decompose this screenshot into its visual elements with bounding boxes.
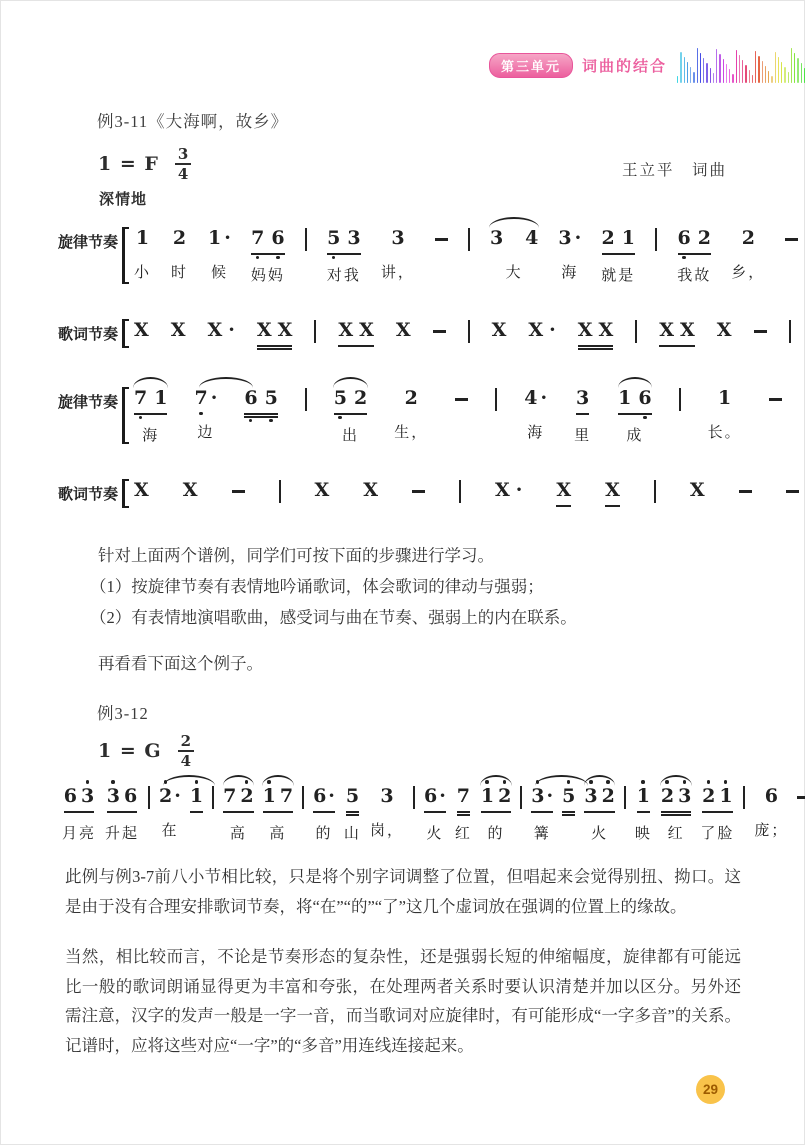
lyric-text: 红 xyxy=(455,822,472,841)
jianpu-note: 2· xyxy=(159,786,181,810)
note-cell xyxy=(412,480,425,504)
augmentation-dot: · xyxy=(328,786,335,807)
note-cell: X xyxy=(315,480,330,504)
note-digit: X xyxy=(278,320,293,341)
note-cell: XX xyxy=(338,320,374,347)
lyric-text: 生， xyxy=(394,421,428,440)
note-cell xyxy=(433,320,446,344)
note-cell: 65 xyxy=(244,388,277,443)
lyric-text: 出 xyxy=(342,424,359,443)
lyric-text: 成 xyxy=(626,424,643,443)
notation-cells: 1小2时1·候76妈妈53对我3讲，34大3·海21就是62我故2乡， xyxy=(134,228,805,283)
note-cell: 1映 xyxy=(635,786,652,841)
lyric-text: 讲， xyxy=(381,261,415,280)
octave-dot-high xyxy=(164,780,168,784)
staff-label: 歌词节奏 xyxy=(58,480,122,507)
octave-dot-low xyxy=(199,412,203,416)
lyric-text: 候 xyxy=(211,261,228,280)
staff-label: 旋律节奏 xyxy=(58,228,122,283)
note-digit: X xyxy=(134,320,149,341)
note-cell: 7·边 xyxy=(194,388,217,440)
jianpu-note: 34 xyxy=(490,228,538,252)
note-cell: XX xyxy=(257,320,293,347)
learning-step-2: （2）有表情地演唱歌曲，感受词与曲在节奏、强弱上的内在联系。 xyxy=(90,602,730,633)
page-number-badge: 29 xyxy=(696,1075,725,1104)
dash-note xyxy=(785,238,798,241)
jianpu-note: XX xyxy=(338,320,374,347)
note-digit: 6 xyxy=(124,786,137,807)
system-bracket xyxy=(122,480,125,507)
lyric-text: 海 xyxy=(561,261,578,280)
note-cell: 4·海 xyxy=(524,388,547,440)
lyric-text: 边 xyxy=(197,421,214,440)
note-cell: 6·火 xyxy=(424,786,446,841)
note-digit: 4 xyxy=(524,388,537,409)
octave-dot-low xyxy=(276,256,280,260)
note-digit: 7 xyxy=(457,786,470,807)
note-digit: X xyxy=(134,480,149,501)
barline xyxy=(148,786,150,809)
octave-dot-high xyxy=(606,780,610,784)
note-cell: X xyxy=(134,480,149,504)
jianpu-note: 21 xyxy=(702,786,732,813)
note-cell: X xyxy=(396,320,411,344)
jianpu-note: 17 xyxy=(263,786,293,813)
jianpu-note xyxy=(786,480,799,504)
note-digit: 6 xyxy=(64,786,77,807)
jianpu-note: 52 xyxy=(334,388,367,415)
octave-dot-high xyxy=(536,780,540,784)
note-cell: X xyxy=(183,480,198,504)
note-digit: 2 xyxy=(698,228,711,249)
lyric-text: 在 xyxy=(161,819,178,838)
note-digit: 2 xyxy=(159,786,172,807)
dash-note xyxy=(754,330,767,333)
note-digit: 6 xyxy=(244,388,257,409)
note-digit: 3 xyxy=(107,786,120,807)
octave-dot-high xyxy=(641,780,645,784)
barline xyxy=(654,480,656,503)
note-digit: 2 xyxy=(240,786,253,807)
note-cell: X xyxy=(134,320,149,344)
lyric-text: 高 xyxy=(230,822,247,841)
note-cell: XX xyxy=(578,320,614,347)
barline xyxy=(679,388,681,411)
notation-system-lyric-rhythm-2: 歌词节奏XXXXX·XXX xyxy=(58,480,805,507)
jianpu-note: X xyxy=(717,320,732,344)
note-cell: 71海 xyxy=(134,388,167,443)
note-digit: X xyxy=(717,320,732,341)
note-digit: X xyxy=(659,320,674,341)
barline-cell xyxy=(468,228,470,251)
augmentation-dot: · xyxy=(516,480,523,501)
note-digit: 3 xyxy=(678,786,691,807)
jianpu-note: X· xyxy=(528,320,555,344)
note-cell xyxy=(786,480,799,504)
jianpu-note: 3· xyxy=(531,786,553,813)
jianpu-note xyxy=(455,388,468,412)
note-digit: 1 xyxy=(637,786,650,807)
octave-dot-high xyxy=(567,780,571,784)
note-digit: 1 xyxy=(481,786,494,807)
note-cell: 2时 xyxy=(171,228,188,280)
barline xyxy=(212,786,214,809)
note-cell: 3里 xyxy=(574,388,591,443)
learning-intro: 针对上面两个谱例，同学们可按下面的步骤进行学习。 xyxy=(65,540,730,571)
jianpu-note xyxy=(754,320,767,344)
note-digit: 2 xyxy=(498,786,511,807)
note-cell: 21了脸 xyxy=(700,786,734,841)
octave-dot-high xyxy=(111,780,115,784)
jianpu-note: 12 xyxy=(481,786,511,813)
meter-denominator-2: 4 xyxy=(181,752,191,769)
jianpu-note: 62 xyxy=(678,228,711,255)
jianpu-note: 16 xyxy=(618,388,651,415)
lyric-text: 小 xyxy=(134,261,151,280)
octave-dot-high xyxy=(503,780,507,784)
dash-note xyxy=(412,490,425,493)
note-digit: 3 xyxy=(347,228,360,249)
note-cell: X xyxy=(717,320,732,344)
note-cell xyxy=(435,228,448,280)
note-digit: 1 xyxy=(208,228,221,249)
note-digit: 1 xyxy=(622,228,635,249)
jianpu-note: 7· xyxy=(194,388,217,412)
key-row-2: 1 = G 2 4 xyxy=(65,733,727,769)
jianpu-note xyxy=(785,228,798,252)
note-digit: 3 xyxy=(558,228,571,249)
note-cell: 52出 xyxy=(334,388,367,443)
barline-cell xyxy=(743,786,745,809)
note-cell xyxy=(769,388,782,440)
jianpu-note: 6 xyxy=(765,786,778,810)
lyric-text: 大 xyxy=(506,261,523,280)
note-cell: 32火 xyxy=(584,786,614,841)
note-digit: X xyxy=(171,320,186,341)
note-digit: X xyxy=(495,480,510,501)
note-digit: 7 xyxy=(134,388,147,409)
barline xyxy=(655,228,657,251)
jianpu-note: 1 xyxy=(190,786,203,813)
barline-cell xyxy=(279,480,281,503)
note-digit: X xyxy=(599,320,614,341)
composer-credit: 王立平 词曲 xyxy=(622,146,727,180)
lyric-text: 对我 xyxy=(327,264,361,283)
note-digit: 3 xyxy=(391,228,404,249)
note-cell: 2生， xyxy=(394,388,428,440)
note-cell: 21就是 xyxy=(601,228,635,283)
notation-cells: 71海7·边6552出2生，4·海3里16成1长。 xyxy=(134,388,805,443)
note-cell: 6·的 xyxy=(313,786,335,841)
note-digit: 3 xyxy=(531,786,544,807)
note-cell: 53对我 xyxy=(327,228,361,283)
jianpu-note: 71 xyxy=(134,388,167,415)
example2-title: 例3-12 xyxy=(97,700,149,724)
notation-cells: XXXXX·XXX xyxy=(134,480,805,507)
note-cell: 6庞； xyxy=(754,786,788,838)
jianpu-note: 5 xyxy=(346,786,359,813)
jianpu-note xyxy=(412,480,425,504)
jianpu-note: 63 xyxy=(64,786,94,813)
jianpu-note: 53 xyxy=(327,228,360,255)
octave-dot-high xyxy=(589,780,593,784)
note-digit: 3 xyxy=(490,228,503,249)
note-cell: 5山 xyxy=(344,786,361,841)
jianpu-note: XX xyxy=(578,320,614,347)
staff-label: 旋律节奏 xyxy=(58,388,122,443)
octave-dot-low xyxy=(139,416,143,420)
note-cell: 23红 xyxy=(661,786,691,841)
jianpu-note: 76 xyxy=(251,228,284,255)
note-digit: 2 xyxy=(354,388,367,409)
barline xyxy=(413,786,415,809)
body-paragraph-2: 当然，相比较而言，不论是节奏形态的复杂性，还是强弱长短的伸缩幅度，旋律都有可能远… xyxy=(65,942,741,1060)
jianpu-note: 65 xyxy=(244,388,277,415)
barline-cell xyxy=(314,320,316,343)
note-digit: 6 xyxy=(424,786,437,807)
lyric-text: 了脸 xyxy=(700,822,734,841)
note-cell: X· xyxy=(208,320,235,344)
note-cell: 7红 xyxy=(455,786,472,841)
lyric-text: 岗， xyxy=(370,819,404,838)
lyric-text: 海 xyxy=(142,424,159,443)
jianpu-note xyxy=(797,786,805,810)
note-digit: 2 xyxy=(742,228,755,249)
note-digit: 5 xyxy=(562,786,575,807)
barline xyxy=(468,228,470,251)
meter-fraction-1: 3 4 xyxy=(175,146,191,182)
note-digit: 6 xyxy=(638,388,651,409)
barline-cell xyxy=(305,388,307,411)
jianpu-note: X xyxy=(492,320,507,344)
augmentation-dot: · xyxy=(224,228,231,249)
note-digit: 2 xyxy=(405,388,418,409)
barline-cell xyxy=(305,228,307,251)
jianpu-note: 5 xyxy=(562,786,575,813)
note-digit: 4 xyxy=(525,228,538,249)
jianpu-note: XX xyxy=(257,320,293,347)
lyric-text: 火 xyxy=(591,822,608,841)
meter-numerator-2: 2 xyxy=(178,733,194,752)
note-cell: X xyxy=(690,480,705,504)
note-digit: 2 xyxy=(173,228,186,249)
octave-dot-high xyxy=(267,780,271,784)
barline xyxy=(279,480,281,503)
note-cell: 1 xyxy=(190,786,203,841)
jianpu-note: 4· xyxy=(524,388,547,412)
note-cell xyxy=(797,786,805,838)
jianpu-note: 3 xyxy=(380,786,393,810)
lyric-text: 的 xyxy=(315,822,332,841)
note-digit: 2 xyxy=(602,228,615,249)
system-bracket xyxy=(122,228,125,283)
equalizer-decoration-icon xyxy=(677,47,805,83)
note-digit: 7 xyxy=(194,388,207,409)
note-cell: 2乡， xyxy=(731,228,765,280)
jianpu-note: 32 xyxy=(584,786,614,813)
note-cell: 36升起 xyxy=(105,786,139,841)
note-digit: 3 xyxy=(380,786,393,807)
dash-note xyxy=(232,490,245,493)
note-cell: X xyxy=(363,480,378,504)
barline-cell xyxy=(655,228,657,251)
octave-dot-high xyxy=(195,780,199,784)
barline-cell xyxy=(635,320,637,343)
octave-dot-low xyxy=(643,416,647,420)
jianpu-note: 72 xyxy=(223,786,253,813)
key-signature-1: 1 = F 3 4 xyxy=(98,146,191,182)
page-header: 第三单元 词曲的结合 xyxy=(0,46,805,84)
note-cell: 1小 xyxy=(134,228,151,280)
jianpu-note: X xyxy=(363,480,378,504)
note-digit: X xyxy=(578,320,593,341)
lyric-text: 山 xyxy=(344,822,361,841)
lyric-text: 红 xyxy=(668,822,685,841)
note-cell: 17高 xyxy=(263,786,293,841)
note-cell: 5 xyxy=(562,786,575,841)
jianpu-note: X· xyxy=(208,320,235,344)
barline-cell xyxy=(679,388,681,411)
note-cell: X· xyxy=(528,320,555,344)
jianpu-note xyxy=(739,480,752,504)
octave-dot-high xyxy=(245,780,249,784)
note-digit: 7 xyxy=(280,786,293,807)
augmentation-dot: · xyxy=(439,786,446,807)
note-digit: 2 xyxy=(602,786,615,807)
jianpu-note: X xyxy=(171,320,186,344)
note-cell xyxy=(232,480,245,504)
notation-system-melody-2: 旋律节奏71海7·边6552出2生，4·海3里16成1长。 xyxy=(58,388,805,443)
note-cell xyxy=(785,228,798,280)
jianpu-note: X xyxy=(605,480,620,507)
note-digit: X xyxy=(528,320,543,341)
lyric-text: 映 xyxy=(635,822,652,841)
note-digit: 5 xyxy=(265,388,278,409)
note-digit: 5 xyxy=(334,388,347,409)
note-digit: X xyxy=(257,320,272,341)
octave-dot-high xyxy=(724,780,728,784)
expression-marking: 深情地 xyxy=(99,188,147,209)
dash-note xyxy=(769,398,782,401)
jianpu-note: 1 xyxy=(718,388,731,412)
barline-cell xyxy=(413,786,415,809)
note-cell: 76妈妈 xyxy=(251,228,285,283)
augmentation-dot: · xyxy=(174,786,181,807)
barline-cell xyxy=(624,786,626,809)
note-digit: 5 xyxy=(327,228,340,249)
note-digit: X xyxy=(208,320,223,341)
octave-dot-high xyxy=(665,780,669,784)
lyric-text: 里 xyxy=(574,424,591,443)
note-cell: 1·候 xyxy=(208,228,231,280)
jianpu-note: 6· xyxy=(313,786,335,813)
barline xyxy=(520,786,522,809)
lyric-text: 的 xyxy=(488,822,505,841)
octave-dot-low xyxy=(682,256,686,260)
jianpu-note: 1· xyxy=(208,228,231,252)
note-digit: X xyxy=(315,480,330,501)
barline xyxy=(468,320,470,343)
note-digit: 6 xyxy=(678,228,691,249)
barline-cell xyxy=(495,388,497,411)
key-signature-2: 1 = G 2 4 xyxy=(98,733,194,769)
barline-cell xyxy=(654,480,656,503)
body-paragraph-1: 此例与例3-7前八小节相比较，只是将个别字词调整了位置，但唱起来会觉得别扭、拗口… xyxy=(65,862,741,921)
note-cell: X xyxy=(556,480,571,507)
note-digit: 5 xyxy=(346,786,359,807)
transition-text: 再看看下面这个例子。 xyxy=(65,650,725,674)
jianpu-note xyxy=(433,320,446,344)
augmentation-dot: · xyxy=(547,786,554,807)
note-digit: 6 xyxy=(271,228,284,249)
note-cell xyxy=(455,388,468,440)
dash-note xyxy=(433,330,446,333)
note-cell: 1长。 xyxy=(708,388,742,440)
meter-denominator-1: 4 xyxy=(178,165,188,182)
jianpu-note: X xyxy=(134,320,149,344)
lyric-text: 我故 xyxy=(677,264,711,283)
note-digit: X xyxy=(359,320,374,341)
note-digit: X xyxy=(396,320,411,341)
barline-cell xyxy=(148,786,150,809)
page: 第三单元 词曲的结合 例3-11《大海啊，故乡》 1 = F 3 4 王立平 词… xyxy=(0,0,805,1145)
notation-cells: XXX·XXXXXXX·XXXXX xyxy=(134,320,805,347)
jianpu-note: 21 xyxy=(602,228,635,255)
dash-note xyxy=(455,398,468,401)
jianpu-note: 1 xyxy=(637,786,650,813)
note-digit: X xyxy=(690,480,705,501)
lyric-text: 升起 xyxy=(105,822,139,841)
note-digit: 2 xyxy=(702,786,715,807)
note-digit: 1 xyxy=(190,786,203,807)
jianpu-note: 6· xyxy=(424,786,446,813)
jianpu-note: 36 xyxy=(107,786,137,813)
note-cell: X xyxy=(605,480,620,507)
note-cell: 2·在 xyxy=(159,786,181,838)
notation-system-melody-1: 旋律节奏1小2时1·候76妈妈53对我3讲，34大3·海21就是62我故2乡， xyxy=(58,228,805,283)
note-digit: X xyxy=(338,320,353,341)
lyric-text: 海 xyxy=(527,421,544,440)
jianpu-note: 3 xyxy=(576,388,589,415)
note-cell: 34大 xyxy=(490,228,538,280)
meter-numerator-1: 3 xyxy=(175,146,191,165)
note-cell: 12的 xyxy=(481,786,511,841)
note-cell: X· xyxy=(495,480,522,504)
augmentation-dot: · xyxy=(549,320,556,341)
barline xyxy=(743,786,745,809)
octave-dot-low xyxy=(256,256,260,260)
note-cell: 3岗， xyxy=(370,786,404,838)
note-cell: 3·海 xyxy=(558,228,581,280)
note-digit: 1 xyxy=(263,786,276,807)
barline-cell xyxy=(459,480,461,503)
barline-cell xyxy=(468,320,470,343)
augmentation-dot: · xyxy=(228,320,235,341)
note-digit: X xyxy=(680,320,695,341)
key-text-1: 1 = F xyxy=(98,153,159,175)
notation-system-lyric-rhythm-1: 歌词节奏XXX·XXXXXXX·XXXXX xyxy=(58,320,805,347)
jianpu-note: 3 xyxy=(391,228,404,252)
system-bracket xyxy=(122,388,125,443)
jianpu-note: 1 xyxy=(136,228,149,252)
system-bracket xyxy=(122,320,125,347)
dash-note xyxy=(739,490,752,493)
note-digit: 3 xyxy=(584,786,597,807)
note-digit: X xyxy=(363,480,378,501)
octave-dot-low xyxy=(338,416,342,420)
note-digit: 2 xyxy=(661,786,674,807)
jianpu-note: 2 xyxy=(405,388,418,412)
